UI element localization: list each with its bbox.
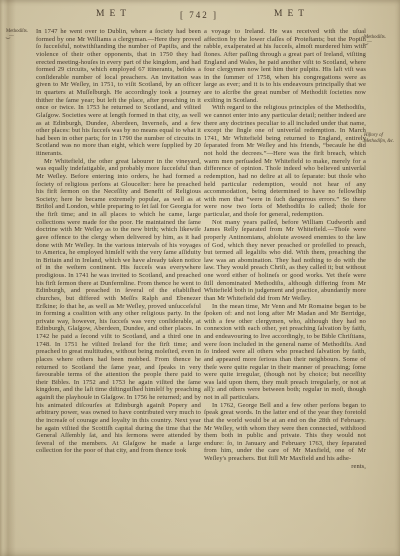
continuation-mark: ‿—: [364, 39, 398, 44]
paragraph-principles: With regard to the religious principles …: [204, 104, 366, 218]
running-title-left: MET: [96, 9, 131, 19]
margin-note-right-mid-label: Hiſtory of Methodiſm, &c.: [364, 133, 394, 143]
continuation-mark: ‿—: [6, 33, 40, 38]
text-column-left: In 1747 he went over to Dublin, where a …: [36, 28, 201, 455]
paragraph-venn-romaine: In the mean time, Mr Venn and Mr Romaine…: [204, 303, 366, 402]
text-column-right: a voyage to Ireland. He was received wit…: [204, 28, 366, 470]
margin-note-right-top: Methodiſts. ‿—: [364, 35, 398, 45]
running-title-right: MET: [274, 9, 309, 19]
margin-note-right-mid: Hiſtory of Methodiſm, &c.: [364, 133, 398, 143]
paragraph-george-bell: In 1762, George Bell and a few other per…: [204, 402, 366, 463]
paragraph-cudworth-relly: Not many years paſſed, before William Cu…: [204, 219, 366, 303]
paragraph-ireland-voyage: a voyage to Ireland. He was received wit…: [204, 28, 366, 104]
paragraph-whitefield: Mr Whitefield, the other great labourer …: [36, 158, 201, 455]
page-number: [ 742 ]: [180, 10, 218, 20]
book-page-scan: MET [ 742 ] MET Methodiſts. ‿— Methodiſt…: [0, 0, 400, 556]
margin-note-left: Methodiſts. ‿—: [6, 29, 40, 39]
paragraph-wesley-dublin: In 1747 he went over to Dublin, where a …: [36, 28, 201, 158]
catchword: rents,: [204, 463, 366, 471]
running-header: MET [ 742 ] MET: [0, 9, 400, 23]
